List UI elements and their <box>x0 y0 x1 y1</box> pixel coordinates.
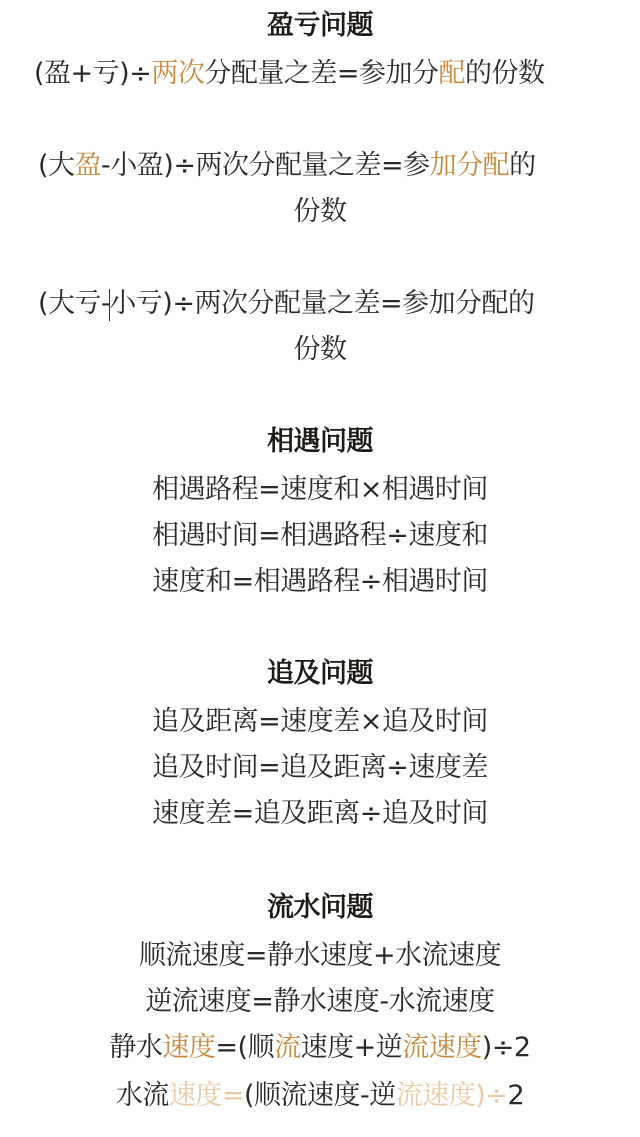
formula-fragment: 静水 <box>109 1032 162 1063</box>
formula-fragment-highlight: 流速度 <box>402 1032 482 1063</box>
formula-current-4: 水流速度=(顺流速度-逆流速度)÷2 <box>0 1078 640 1114</box>
formula-current-1: 顺流速度=静水速度+水流速度 <box>0 938 640 974</box>
formula-fragment: 小亏)÷两次分配量之差=参加分配的 <box>109 288 534 319</box>
formula-surplus-deficit-2: (大盈-小盈)÷两次分配量之差=参加分配的 <box>38 148 640 184</box>
formula-pursuit-1: 追及距离=速度差×追及时间 <box>0 704 640 740</box>
formula-fragment-highlight: 流 <box>274 1032 301 1063</box>
formula-pursuit-3: 速度差=追及距离÷追及时间 <box>0 796 640 832</box>
formula-fragment-highlight: 速度 <box>162 1032 215 1063</box>
formula-fragment-highlight: 配 <box>438 58 465 89</box>
formula-fragment: (盈+亏)÷ <box>34 58 151 89</box>
formula-fragment-highlight: 两次 <box>151 58 204 89</box>
section-title-meeting: 相遇问题 <box>0 424 640 460</box>
section-title-pursuit: 追及问题 <box>0 656 640 692</box>
formula-fragment: (大 <box>38 150 75 181</box>
formula-fragment: 水流 <box>116 1080 169 1111</box>
formula-surplus-deficit-1: (盈+亏)÷两次分配量之差=参加分配的份数 <box>34 56 640 92</box>
formula-fragment: (顺流速度-逆 <box>244 1080 396 1111</box>
formula-fragment: 速度+逆 <box>301 1032 403 1063</box>
formula-surplus-deficit-2-continuation: 份数 <box>0 194 640 230</box>
formula-meeting-3: 速度和=相遇路程÷相遇时间 <box>0 564 640 600</box>
formula-current-3: 静水速度=(顺流速度+逆流速度)÷2 <box>0 1030 640 1066</box>
formula-fragment: 的份数 <box>465 58 545 89</box>
formula-fragment: 2 <box>507 1080 524 1111</box>
formula-pursuit-2: 追及时间=追及距离÷速度差 <box>0 750 640 786</box>
formula-meeting-1: 相遇路程=速度和×相遇时间 <box>0 472 640 508</box>
formula-fragment: -小盈)÷两次分配量之差=参 <box>101 150 430 181</box>
formula-document: 盈亏问题 (盈+亏)÷两次分配量之差=参加分配的份数 (大盈-小盈)÷两次分配量… <box>0 0 640 1137</box>
formula-current-2: 逆流速度=静水速度-水流速度 <box>0 984 640 1020</box>
formula-surplus-deficit-3: (大亏-小亏)÷两次分配量之差=参加分配的 <box>38 286 640 322</box>
formula-fragment: 的 <box>509 150 536 181</box>
formula-fragment-faded: 速度= <box>169 1080 244 1111</box>
section-title-surplus-deficit: 盈亏问题 <box>0 8 640 44</box>
formula-fragment-highlight: 加分配 <box>430 150 510 181</box>
formula-fragment-faded: 流速度)÷ <box>396 1080 508 1111</box>
section-title-current: 流水问题 <box>0 890 640 926</box>
formula-fragment: =(顺 <box>215 1032 274 1063</box>
formula-fragment-highlight: 盈 <box>75 150 102 181</box>
formula-fragment: (大亏- <box>38 288 110 319</box>
formula-fragment: 分配量之差=参加分 <box>204 58 438 89</box>
formula-fragment: )÷2 <box>482 1032 531 1063</box>
formula-surplus-deficit-3-continuation: 份数 <box>0 332 640 368</box>
formula-meeting-2: 相遇时间=相遇路程÷速度和 <box>0 518 640 554</box>
